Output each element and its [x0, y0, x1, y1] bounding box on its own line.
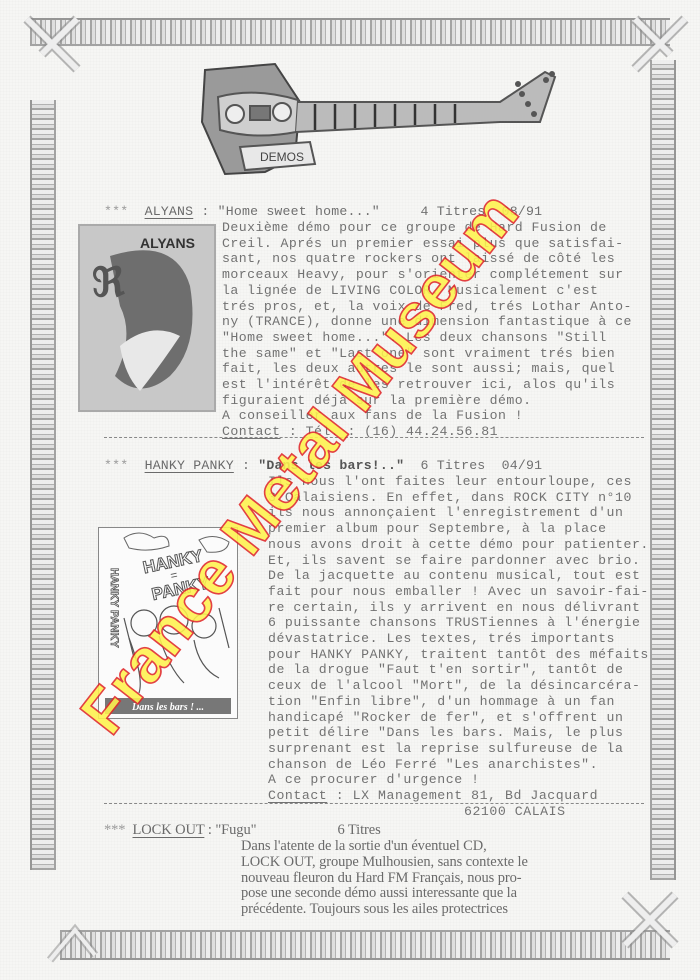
svg-text:Dans les bars ! ...: Dans les bars ! ...: [131, 702, 204, 713]
release-date: 04/91: [502, 458, 543, 473]
contact-city: 62100 CALAIS: [268, 804, 649, 820]
alyans-cover-image: ℜ ALYANS: [78, 224, 216, 412]
svg-text:HANKY PANKY: HANKY PANKY: [108, 568, 120, 648]
track-count: 4 Titres: [421, 204, 486, 219]
band-name: ALYANS: [145, 204, 194, 219]
demo-title: "Home sweet home...": [218, 204, 380, 219]
band-name: HANKY PANKY: [145, 458, 234, 473]
band-name: LOCK OUT: [133, 822, 205, 838]
rating-stars: ***: [104, 204, 128, 219]
entry-header-lock-out: *** LOCK OUT : "Fugu" 6 Titres: [104, 823, 381, 839]
svg-text:ALYANS: ALYANS: [140, 235, 195, 251]
separator: :: [242, 458, 250, 473]
stone-border-top: [30, 18, 670, 46]
stone-border-bottom: [60, 930, 670, 960]
svg-text:DEMOS: DEMOS: [260, 150, 304, 164]
separator: :: [208, 822, 212, 838]
rating-stars: ***: [104, 822, 125, 838]
stone-border-left: [30, 100, 56, 870]
svg-text:ℜ: ℜ: [92, 260, 125, 305]
release-date: 08/91: [502, 204, 543, 219]
entry-header-alyans: *** ALYANS : "Home sweet home..." 4 Titr…: [104, 204, 542, 219]
section-divider: [104, 437, 644, 438]
review-body-lock-out: Dans l'atente de la sortie d'un éventuel…: [241, 839, 528, 918]
demo-title: "Fugu": [215, 822, 256, 838]
review-body-alyans: Deuxième démo pour ce groupe de Hard Fus…: [222, 220, 632, 440]
cassette-guitar-icon: DEMOS: [200, 62, 560, 177]
demo-title: "Dans les bars!..": [258, 458, 404, 473]
separator: :: [201, 204, 209, 219]
corner-cross-icon: [630, 14, 690, 74]
contact-label: Contact: [268, 788, 327, 803]
corner-cross-icon: [22, 14, 82, 74]
contact-line: Contact : LX Management 81, Bd Jacquard: [268, 788, 649, 804]
entry-header-hanky-panky: *** HANKY PANKY : "Dans les bars!.." 6 T…: [104, 458, 542, 473]
corner-cross-icon: [620, 890, 680, 950]
section-divider: [104, 803, 644, 804]
review-body-hanky-panky: Ils nous l'ont faites leur entourloupe, …: [268, 474, 649, 819]
contact-address: : LX Management 81, Bd Jacquard: [327, 788, 598, 803]
track-count: 6 Titres: [421, 458, 486, 473]
stone-border-right: [650, 60, 676, 880]
hanky-panky-cover-image: HANKY = PANKY HANKY PANKY Dans les bars …: [98, 527, 238, 719]
rating-stars: ***: [104, 458, 128, 473]
corner-cross-icon: [40, 905, 100, 965]
track-count: 6 Titres: [338, 822, 381, 838]
